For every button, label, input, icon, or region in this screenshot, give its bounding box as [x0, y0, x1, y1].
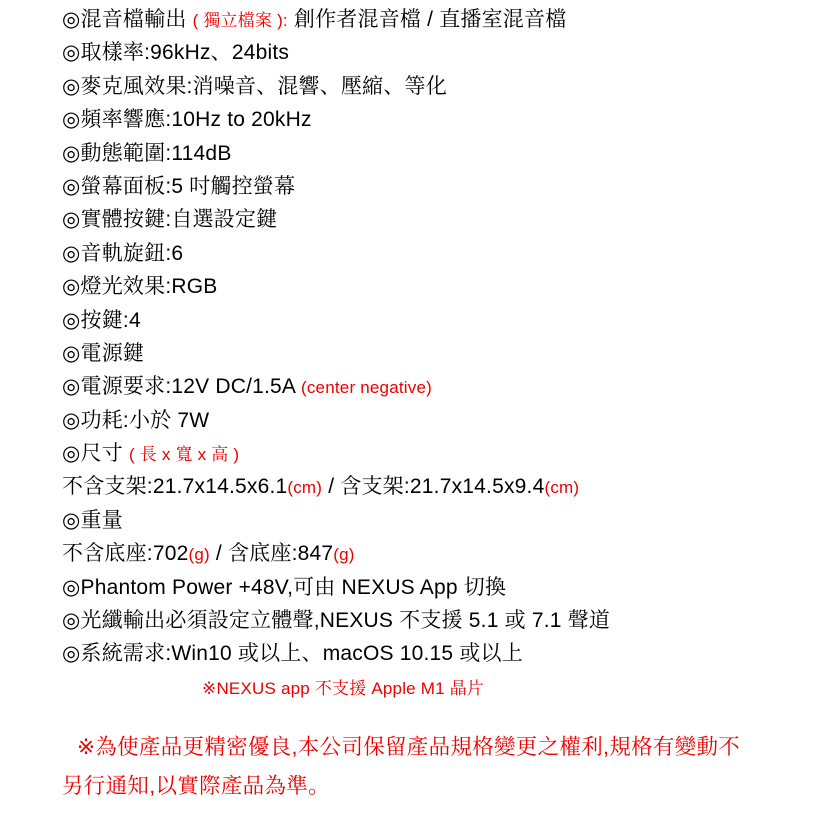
spec-line-nexus-app-note: ※NEXUS app 不支援 Apple M1 晶片	[62, 671, 814, 704]
spec-text-segment: (cm)	[544, 478, 579, 497]
spec-line-phantom-power: ◎Phantom Power +48V,可由 NEXUS App 切換	[62, 571, 814, 604]
disclaimer-line-1: ※為使產品更精密優良,本公司保留產品規格變更之權利,規格有變動不	[62, 728, 814, 767]
spec-text-segment: ◎重量	[62, 509, 123, 532]
spec-text-segment: ◎實體按鍵:自選設定鍵	[62, 208, 277, 231]
spec-line-weight-heading: ◎重量	[62, 504, 814, 537]
disclaimer-line-2: 另行通知,以實際產品為準。	[62, 767, 814, 806]
spec-text-segment: ※NEXUS app 不支援 Apple M1 晶片	[202, 679, 484, 698]
spec-text-segment: ◎音軌旋鈕:6	[62, 242, 183, 265]
product-spec-page: ◎混音檔輸出 ( 獨立檔案 ): 創作者混音檔 / 直播室混音檔◎取樣率:96k…	[0, 0, 814, 814]
spec-line-screen-panel: ◎螢幕面板:5 吋觸控螢幕	[62, 170, 814, 203]
spec-line-optical-output: ◎光纖輸出必須設定立體聲,NEXUS 不支援 5.1 或 7.1 聲道	[62, 604, 814, 637]
spec-text-segment: ( 長 x 寬 x 高 )	[129, 445, 239, 464]
spec-list: ◎混音檔輸出 ( 獨立檔案 ): 創作者混音檔 / 直播室混音檔◎取樣率:96k…	[62, 3, 814, 704]
spec-line-frequency-response: ◎頻率響應:10Hz to 20kHz	[62, 103, 814, 136]
spec-text-segment: ◎尺寸	[62, 442, 129, 465]
spec-text-segment: ◎螢幕面板:5 吋觸控螢幕	[62, 175, 295, 198]
spec-text-segment: ◎電源要求:12V DC/1.5A	[62, 375, 301, 398]
spec-text-segment: 創作者混音檔 / 直播室混音檔	[288, 8, 567, 31]
spec-line-sample-rate: ◎取樣率:96kHz、24bits	[62, 36, 814, 69]
spec-line-lighting-effect: ◎燈光效果:RGB	[62, 270, 814, 303]
spec-text-segment: ◎功耗:小於 7W	[62, 409, 209, 432]
spec-line-physical-buttons: ◎實體按鍵:自選設定鍵	[62, 203, 814, 236]
spec-text-segment: ◎頻率響應:10Hz to 20kHz	[62, 108, 312, 131]
spec-line-weight-values: 不含底座:702(g) / 含底座:847(g)	[62, 537, 814, 570]
spec-text-segment: / 含底座:847	[210, 542, 333, 565]
spec-text-segment: (cm)	[287, 478, 322, 497]
spec-line-power-key: ◎電源鍵	[62, 337, 814, 370]
spec-text-segment: ◎燈光效果:RGB	[62, 275, 217, 298]
spec-text-segment: ◎取樣率:96kHz、24bits	[62, 41, 289, 64]
spec-line-dynamic-range: ◎動態範圍:114dB	[62, 137, 814, 170]
spec-text-segment: (center negative)	[301, 378, 432, 397]
spec-text-segment: (g)	[188, 545, 209, 564]
spec-text-segment: ◎光纖輸出必須設定立體聲,NEXUS 不支援 5.1 或 7.1 聲道	[62, 609, 610, 632]
spec-text-segment: ◎電源鍵	[62, 342, 144, 365]
spec-line-power-requirement: ◎電源要求:12V DC/1.5A (center negative)	[62, 370, 814, 403]
spec-text-segment: (g)	[333, 545, 354, 564]
spec-text-segment: 不含支架:21.7x14.5x6.1	[62, 475, 287, 498]
disclaimer: ※為使產品更精密優良,本公司保留產品規格變更之權利,規格有變動不 另行通知,以實…	[62, 728, 814, 805]
spec-text-segment: 不含底座:702	[62, 542, 188, 565]
spec-line-mix-output: ◎混音檔輸出 ( 獨立檔案 ): 創作者混音檔 / 直播室混音檔	[62, 3, 814, 36]
spec-line-dimensions-heading: ◎尺寸 ( 長 x 寬 x 高 )	[62, 437, 814, 470]
spec-line-system-requirements: ◎系統需求:Win10 或以上、macOS 10.15 或以上	[62, 637, 814, 670]
spec-line-keys: ◎按鍵:4	[62, 304, 814, 337]
spec-text-segment: ◎Phantom Power +48V,可由 NEXUS App 切換	[62, 576, 506, 599]
spec-line-mic-effects: ◎麥克風效果:消噪音、混響、壓縮、等化	[62, 70, 814, 103]
spec-text-segment: ◎麥克風效果:消噪音、混響、壓縮、等化	[62, 75, 447, 98]
spec-line-power-consumption: ◎功耗:小於 7W	[62, 404, 814, 437]
spec-line-dimensions-values: 不含支架:21.7x14.5x6.1(cm) / 含支架:21.7x14.5x9…	[62, 470, 814, 503]
spec-text-segment: ◎按鍵:4	[62, 309, 141, 332]
spec-text-segment: ◎動態範圍:114dB	[62, 142, 232, 165]
spec-text-segment: ( 獨立檔案 ):	[193, 11, 288, 30]
spec-line-track-knobs: ◎音軌旋鈕:6	[62, 237, 814, 270]
spec-text-segment: ◎混音檔輸出	[62, 8, 193, 31]
spec-text-segment: / 含支架:21.7x14.5x9.4	[322, 475, 544, 498]
spec-text-segment: ◎系統需求:Win10 或以上、macOS 10.15 或以上	[62, 642, 523, 665]
